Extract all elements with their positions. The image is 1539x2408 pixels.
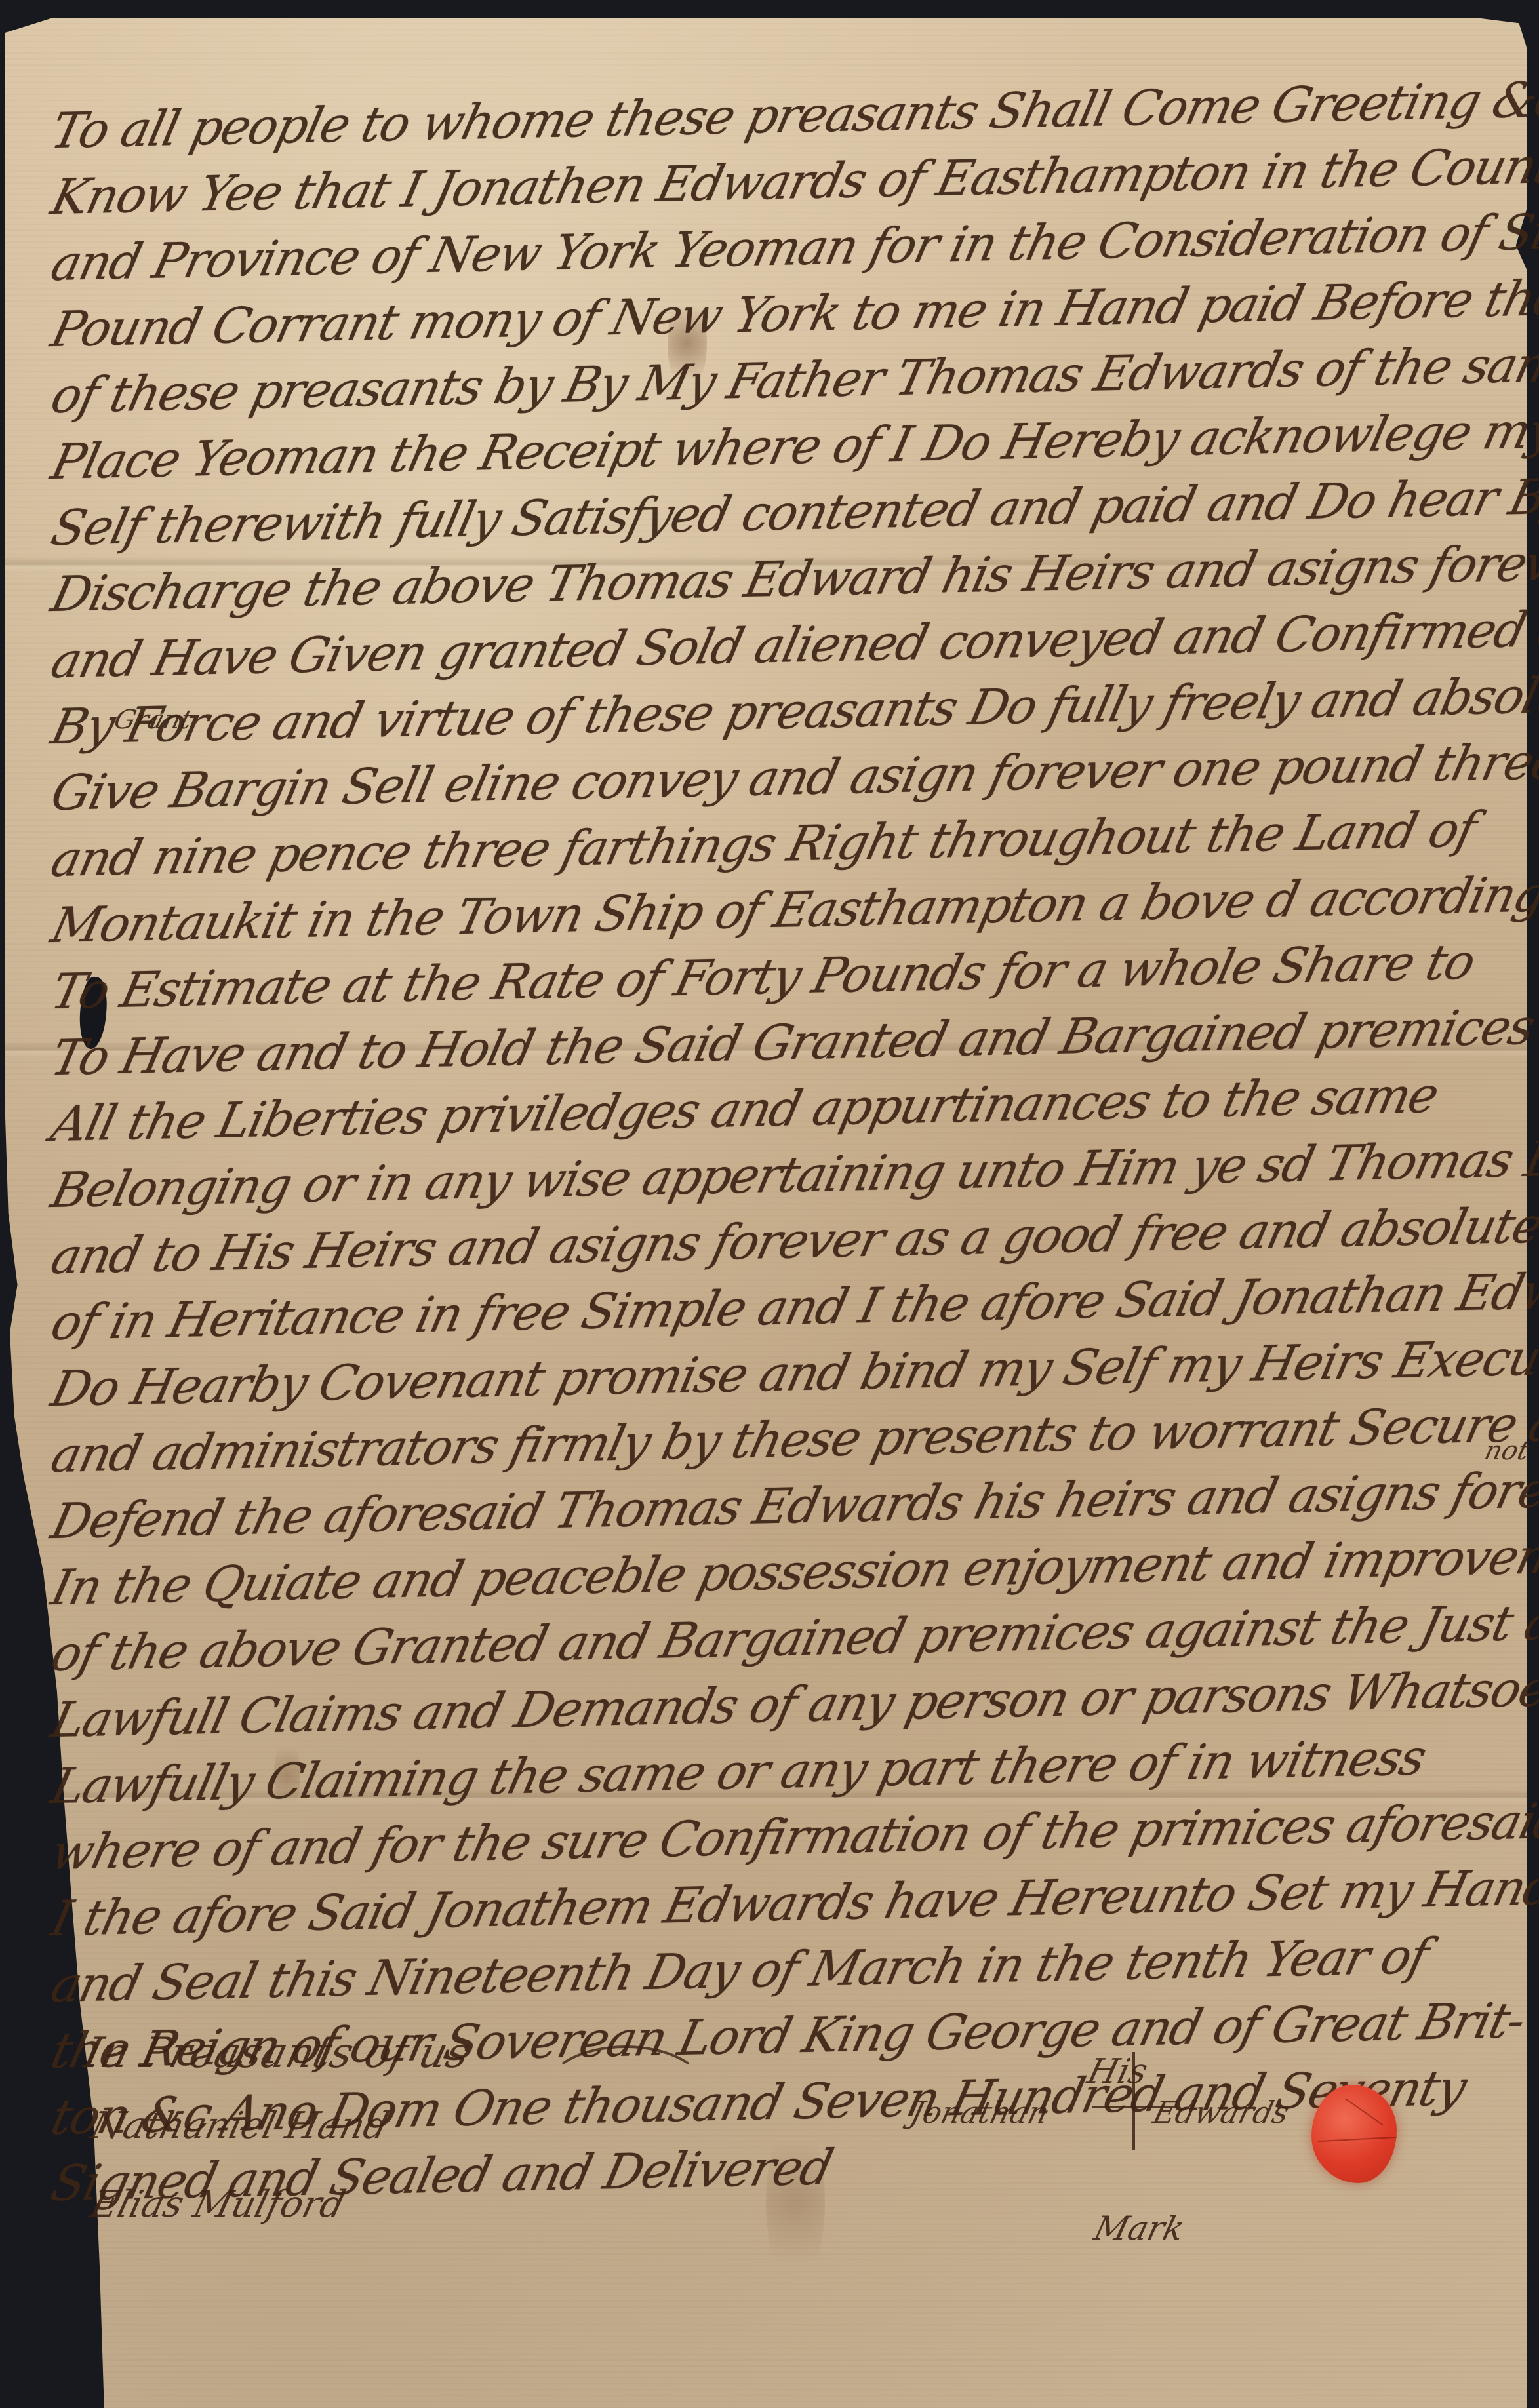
interlinear-grant: Grant <box>111 705 195 735</box>
deed-body: To all people to whome these preasants S… <box>52 98 1508 2217</box>
interlinear-not: not <box>1481 1436 1532 1466</box>
